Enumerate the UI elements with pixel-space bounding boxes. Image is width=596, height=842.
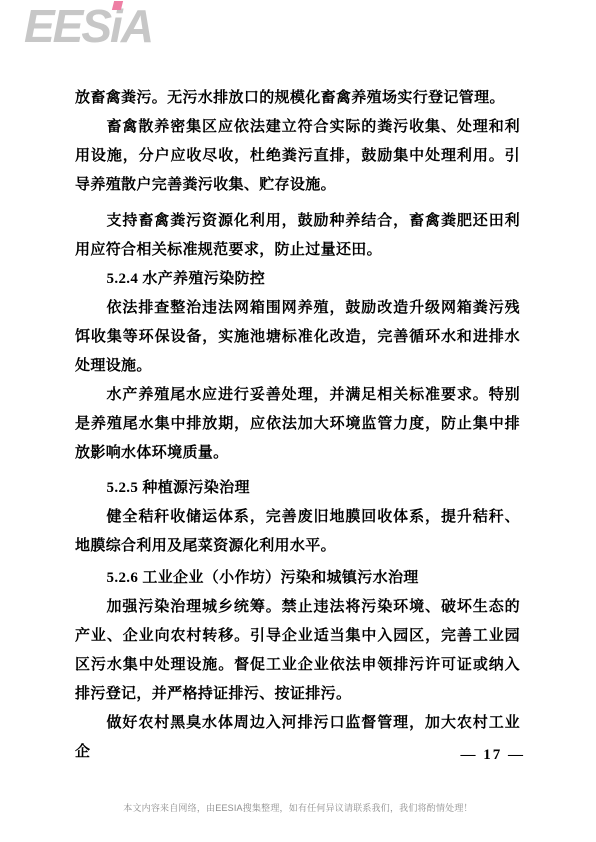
section-heading-524: 5.2.4 水产养殖污染防控: [75, 265, 520, 294]
document-body: 放畜禽粪污。无污水排放口的规模化畜禽养殖场实行登记管理。 畜禽散养密集区应依法建…: [75, 84, 520, 767]
body-paragraph: 做好农村黑臭水体周边入河排污口监督管理，加大农村工业企: [75, 709, 520, 767]
page-number: — 17 —: [461, 747, 526, 764]
body-paragraph: 放畜禽粪污。无污水排放口的规模化畜禽养殖场实行登记管理。: [75, 84, 520, 113]
body-paragraph: 依法排查整治违法网箱围网养殖，鼓励改造升级网箱粪污残饵收集等环保设备，实施池塘标…: [75, 294, 520, 381]
body-paragraph: 加强污染治理城乡统筹。禁止违法将污染环境、破坏生态的产业、企业向农村转移。引导企…: [75, 593, 520, 709]
section-heading-526: 5.2.6 工业企业（小作坊）污染和城镇污水治理: [75, 564, 520, 593]
section-heading-525: 5.2.5 种植源污染治理: [75, 474, 520, 503]
body-paragraph: 畜禽散养密集区应依法建立符合实际的粪污收集、处理和利用设施，分户应收尽收，杜绝粪…: [75, 113, 520, 200]
logo-text-a: A: [121, 0, 152, 52]
logo-text-ees: EES: [24, 0, 110, 52]
document-page: EESiA 放畜禽粪污。无污水排放口的规模化畜禽养殖场实行登记管理。 畜禽散养密…: [0, 0, 596, 842]
footer-note: 本文内容来自网络，由EESIA搜集整理，如有任何异议请联系我们，我们将酌情处理！: [0, 801, 596, 814]
eesia-logo: EESiA: [24, 0, 152, 52]
body-paragraph: 支持畜禽粪污资源化利用，鼓励种养结合，畜禽粪肥还田利用应符合相关标准规范要求，防…: [75, 207, 520, 265]
body-paragraph: 健全秸秆收储运体系，完善废旧地膜回收体系，提升秸秆、地膜综合利用及尾菜资源化利用…: [75, 503, 520, 561]
body-paragraph: 水产养殖尾水应进行妥善处理，并满足相关标准要求。特别是养殖尾水集中排放期，应依法…: [75, 381, 520, 468]
logo-letter-i: i: [110, 0, 121, 52]
